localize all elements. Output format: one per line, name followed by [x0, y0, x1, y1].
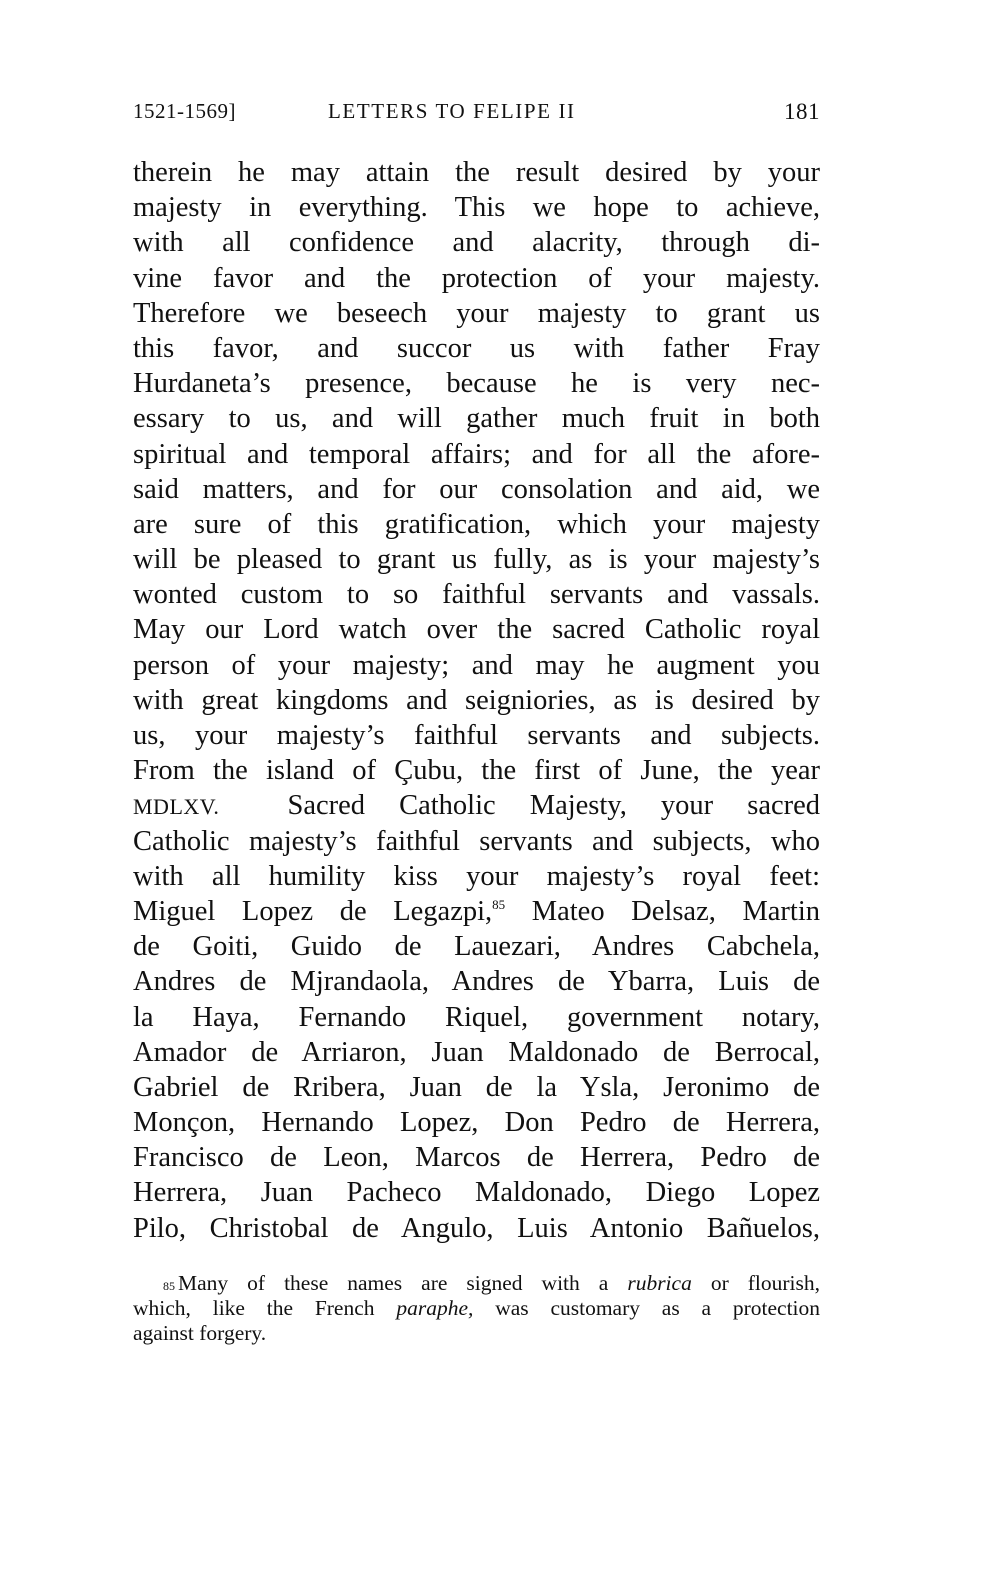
text-line: majesty in everything. This we hope to a… — [133, 190, 820, 225]
text-line: therein he may attain the result desired… — [133, 155, 820, 190]
text-segment: Many of these names are signed with a — [178, 1271, 608, 1295]
body-text: therein he may attain the result desired… — [133, 155, 820, 1246]
text-line: Pilo, Christobal de Angulo, Luis Antonio… — [133, 1211, 820, 1246]
footnote-reference[interactable]: 85 — [492, 897, 505, 912]
text-line: Francisco de Leon, Marcos de Herrera, Pe… — [133, 1140, 820, 1175]
text-line: this favor, and succor us with father Fr… — [133, 331, 820, 366]
text-line: vine favor and the protection of your ma… — [133, 261, 820, 296]
footnote-line: against forgery. — [133, 1321, 820, 1346]
text-line: la Haya, Fernando Riquel, government not… — [133, 1000, 820, 1035]
text-line: Monçon, Hernando Lopez, Don Pedro de Her… — [133, 1105, 820, 1140]
text-line: From the island of Çubu, the first of Ju… — [133, 753, 820, 788]
text-line: person of your majesty; and may he augme… — [133, 648, 820, 683]
running-head: 1521-1569] LETTERS TO FELIPE II 181 — [133, 99, 820, 131]
text-line: Amador de Arriaron, Juan Maldonado de Be… — [133, 1035, 820, 1070]
text-line: with great kingdoms and seigniories, as … — [133, 683, 820, 718]
text-line: Therefore we beseech your majesty to gra… — [133, 296, 820, 331]
text-segment: Mateo Delsaz, Martin — [532, 896, 820, 927]
text-line-date: MDLXV. Sacred Catholic Majesty, your sac… — [133, 788, 820, 823]
text-line: us, your majesty’s faithful servants and… — [133, 718, 820, 753]
text-line: Catholic majesty’s faithful servants and… — [133, 824, 820, 859]
text-line-with-footnote-ref: Miguel Lopez de Legazpi,85 Mateo Delsaz,… — [133, 894, 820, 929]
text-segment: was customary as a protection — [495, 1296, 820, 1320]
text-line: spiritual and temporal affairs; and for … — [133, 437, 820, 472]
year-small-caps: MDLXV. — [133, 794, 219, 819]
footnote-line: which, like the French paraphe, was cust… — [133, 1296, 820, 1321]
text-line: de Goiti, Guido de Lauezari, Andres Cabc… — [133, 929, 820, 964]
text-segment: which, like the French — [133, 1296, 375, 1320]
footnote-number: 85 — [163, 1279, 175, 1293]
text-line: Herrera, Juan Pacheco Maldonado, Diego L… — [133, 1175, 820, 1210]
text-line: Andres de Mjrandaola, Andres de Ybarra, … — [133, 964, 820, 999]
text-segment: Miguel Lopez de Legazpi, — [133, 896, 492, 927]
text-line: with all humility kiss your majesty’s ro… — [133, 859, 820, 894]
running-head-title: LETTERS TO FELIPE II — [328, 99, 576, 124]
footnote: 85Many of these names are signed with a … — [133, 1271, 820, 1346]
text-segment: or flourish, — [711, 1271, 820, 1295]
page-number: 181 — [784, 99, 820, 125]
footnote-line: 85Many of these names are signed with a … — [133, 1271, 820, 1296]
running-head-date-range: 1521-1569] — [133, 99, 236, 124]
italic-term-rubrica: rubrica — [627, 1271, 692, 1295]
text-line: essary to us, and will gather much fruit… — [133, 401, 820, 436]
text-line: with all confidence and alacrity, throug… — [133, 225, 820, 260]
text-line: wonted custom to so faithful servants an… — [133, 577, 820, 612]
book-page: 1521-1569] LETTERS TO FELIPE II 181 ther… — [0, 0, 985, 1579]
text-line: will be pleased to grant us fully, as is… — [133, 542, 820, 577]
text-line: Gabriel de Rribera, Juan de la Ysla, Jer… — [133, 1070, 820, 1105]
italic-term-paraphe: paraphe, — [396, 1296, 473, 1320]
text-line: are sure of this gratification, which yo… — [133, 507, 820, 542]
text-line: Hurdaneta’s presence, because he is very… — [133, 366, 820, 401]
text-line: said matters, and for our consolation an… — [133, 472, 820, 507]
text-segment: Sacred Catholic Majesty, your sacred — [287, 790, 820, 821]
text-line: May our Lord watch over the sacred Catho… — [133, 612, 820, 647]
